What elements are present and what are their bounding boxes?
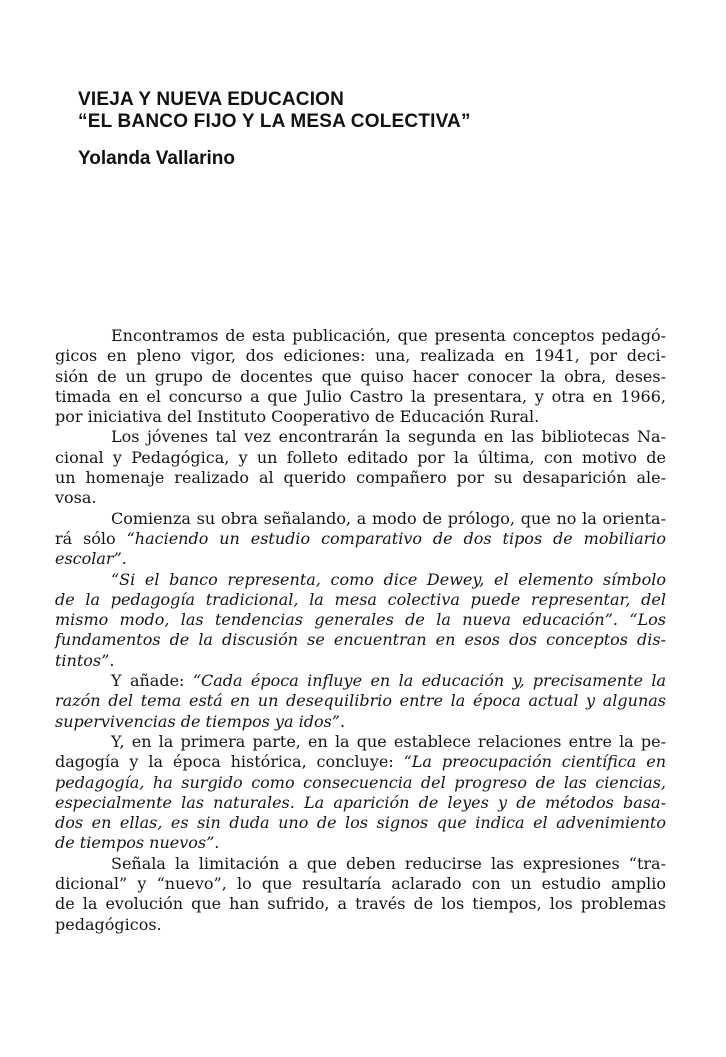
body-segment: un homenaje realizado al querido compañe… (55, 468, 666, 487)
body-segment: gicos en pleno vigor, dos ediciones: una… (55, 346, 666, 365)
body-line: de la evolución que han sufrido, a travé… (55, 894, 666, 914)
body-segment: rá sólo (55, 529, 127, 548)
body-segment-italic: dos en ellas, es sin duda uno de los sig… (55, 813, 666, 832)
body-segment: dicional” y “nuevo”, lo que resultaría a… (55, 874, 666, 893)
body-line: gicos en pleno vigor, dos ediciones: una… (55, 346, 666, 366)
title-line-2: “EL BANCO FIJO Y LA MESA COLECTIVA” (78, 111, 471, 133)
body-segment-italic: supervivencias de tiempos ya idos” (55, 712, 340, 731)
body-segment-italic: “Si el banco representa, como dice Dewey… (111, 570, 666, 589)
body-segment-italic: de tiempos nuevos” (55, 833, 214, 852)
body-segment: . (340, 712, 345, 731)
body-segment-italic: mismo modo, las tendencias generales de … (55, 610, 666, 629)
body-segment: Y, en la primera parte, en la que establ… (111, 732, 666, 751)
body-segment-italic: razón del tema está en un desequilibrio … (55, 691, 666, 710)
body-line: Encontramos de esta publicación, que pre… (55, 326, 666, 346)
body-line: escolar”. (55, 549, 666, 569)
body-segment: timada en el concurso a que Julio Castro… (55, 387, 666, 406)
body-line: supervivencias de tiempos ya idos”. (55, 712, 666, 732)
body-segment-italic: escolar” (55, 549, 122, 568)
title-line-1: VIEJA Y NUEVA EDUCACION (78, 89, 471, 111)
body-segment: . (214, 833, 219, 852)
body-line: dicional” y “nuevo”, lo que resultaría a… (55, 874, 666, 894)
body-segment: Los jóvenes tal vez encontrarán la segun… (111, 427, 666, 446)
body-segment: por iniciativa del Instituto Cooperativo… (55, 407, 539, 426)
body-line: razón del tema está en un desequilibrio … (55, 691, 666, 711)
body-segment: Y añade: (111, 671, 193, 690)
body-segment: Encontramos de esta publicación, que pre… (111, 326, 666, 345)
body-line: tintos”. (55, 651, 666, 671)
body-segment: . (122, 549, 127, 568)
body-line: dos en ellas, es sin duda uno de los sig… (55, 813, 666, 833)
body-segment: pedagógicos. (55, 915, 162, 934)
body-segment: Señala la limitación a que deben reducir… (111, 854, 666, 873)
body-segment-italic: “Cada época influye en la educación y, p… (193, 671, 666, 690)
body-line: de la pedagogía tradicional, la mesa col… (55, 590, 666, 610)
body-line: por iniciativa del Instituto Cooperativo… (55, 407, 666, 427)
body-line: dagogía y la época histórica, concluye: … (55, 752, 666, 772)
body-line: mismo modo, las tendencias generales de … (55, 610, 666, 630)
body-line: Señala la limitación a que deben reducir… (55, 854, 666, 874)
body-line: Y, en la primera parte, en la que establ… (55, 732, 666, 752)
body-line: Los jóvenes tal vez encontrarán la segun… (55, 427, 666, 447)
body-line: “Si el banco representa, como dice Dewey… (55, 570, 666, 590)
body-line: vosa. (55, 488, 666, 508)
body-text: Encontramos de esta publicación, que pre… (55, 326, 666, 935)
body-line: Y añade: “Cada época influye en la educa… (55, 671, 666, 691)
body-segment-italic: “La preocupación científica en (404, 752, 666, 771)
body-segment-italic: “haciendo un estudio comparativo de dos … (127, 529, 666, 548)
body-line: de tiempos nuevos”. (55, 833, 666, 853)
body-line: pedagógicos. (55, 915, 666, 935)
body-segment-italic: tintos” (55, 651, 109, 670)
document-header: VIEJA Y NUEVA EDUCACION “EL BANCO FIJO Y… (78, 89, 471, 133)
body-line: rá sólo “haciendo un estudio comparativo… (55, 529, 666, 549)
body-line: timada en el concurso a que Julio Castro… (55, 387, 666, 407)
body-line: cional y Pedagógica, y un folleto editad… (55, 448, 666, 468)
body-segment-italic: especialmente las naturales. La aparició… (55, 793, 666, 812)
body-segment: de la evolución que han sufrido, a travé… (55, 894, 666, 913)
document-page: VIEJA Y NUEVA EDUCACION “EL BANCO FIJO Y… (0, 0, 726, 1057)
author-name: Yolanda Vallarino (78, 148, 235, 170)
body-line: Comienza su obra señalando, a modo de pr… (55, 509, 666, 529)
body-line: especialmente las naturales. La aparició… (55, 793, 666, 813)
body-segment: cional y Pedagógica, y un folleto editad… (55, 448, 666, 467)
body-line: un homenaje realizado al querido compañe… (55, 468, 666, 488)
body-line: fundamentos de la discusión se encuentra… (55, 630, 666, 650)
body-segment-italic: pedagogía, ha surgido como consecuencia … (55, 773, 666, 792)
body-segment-italic: de la pedagogía tradicional, la mesa col… (55, 590, 666, 609)
body-segment: . (109, 651, 114, 670)
body-line: pedagogía, ha surgido como consecuencia … (55, 773, 666, 793)
body-line: sión de un grupo de docentes que quiso h… (55, 367, 666, 387)
body-segment: dagogía y la época histórica, concluye: (55, 752, 404, 771)
body-segment: sión de un grupo de docentes que quiso h… (55, 367, 666, 386)
body-segment-italic: fundamentos de la discusión se encuentra… (55, 630, 666, 649)
body-segment: Comienza su obra señalando, a modo de pr… (111, 509, 666, 528)
body-segment: vosa. (55, 488, 97, 507)
